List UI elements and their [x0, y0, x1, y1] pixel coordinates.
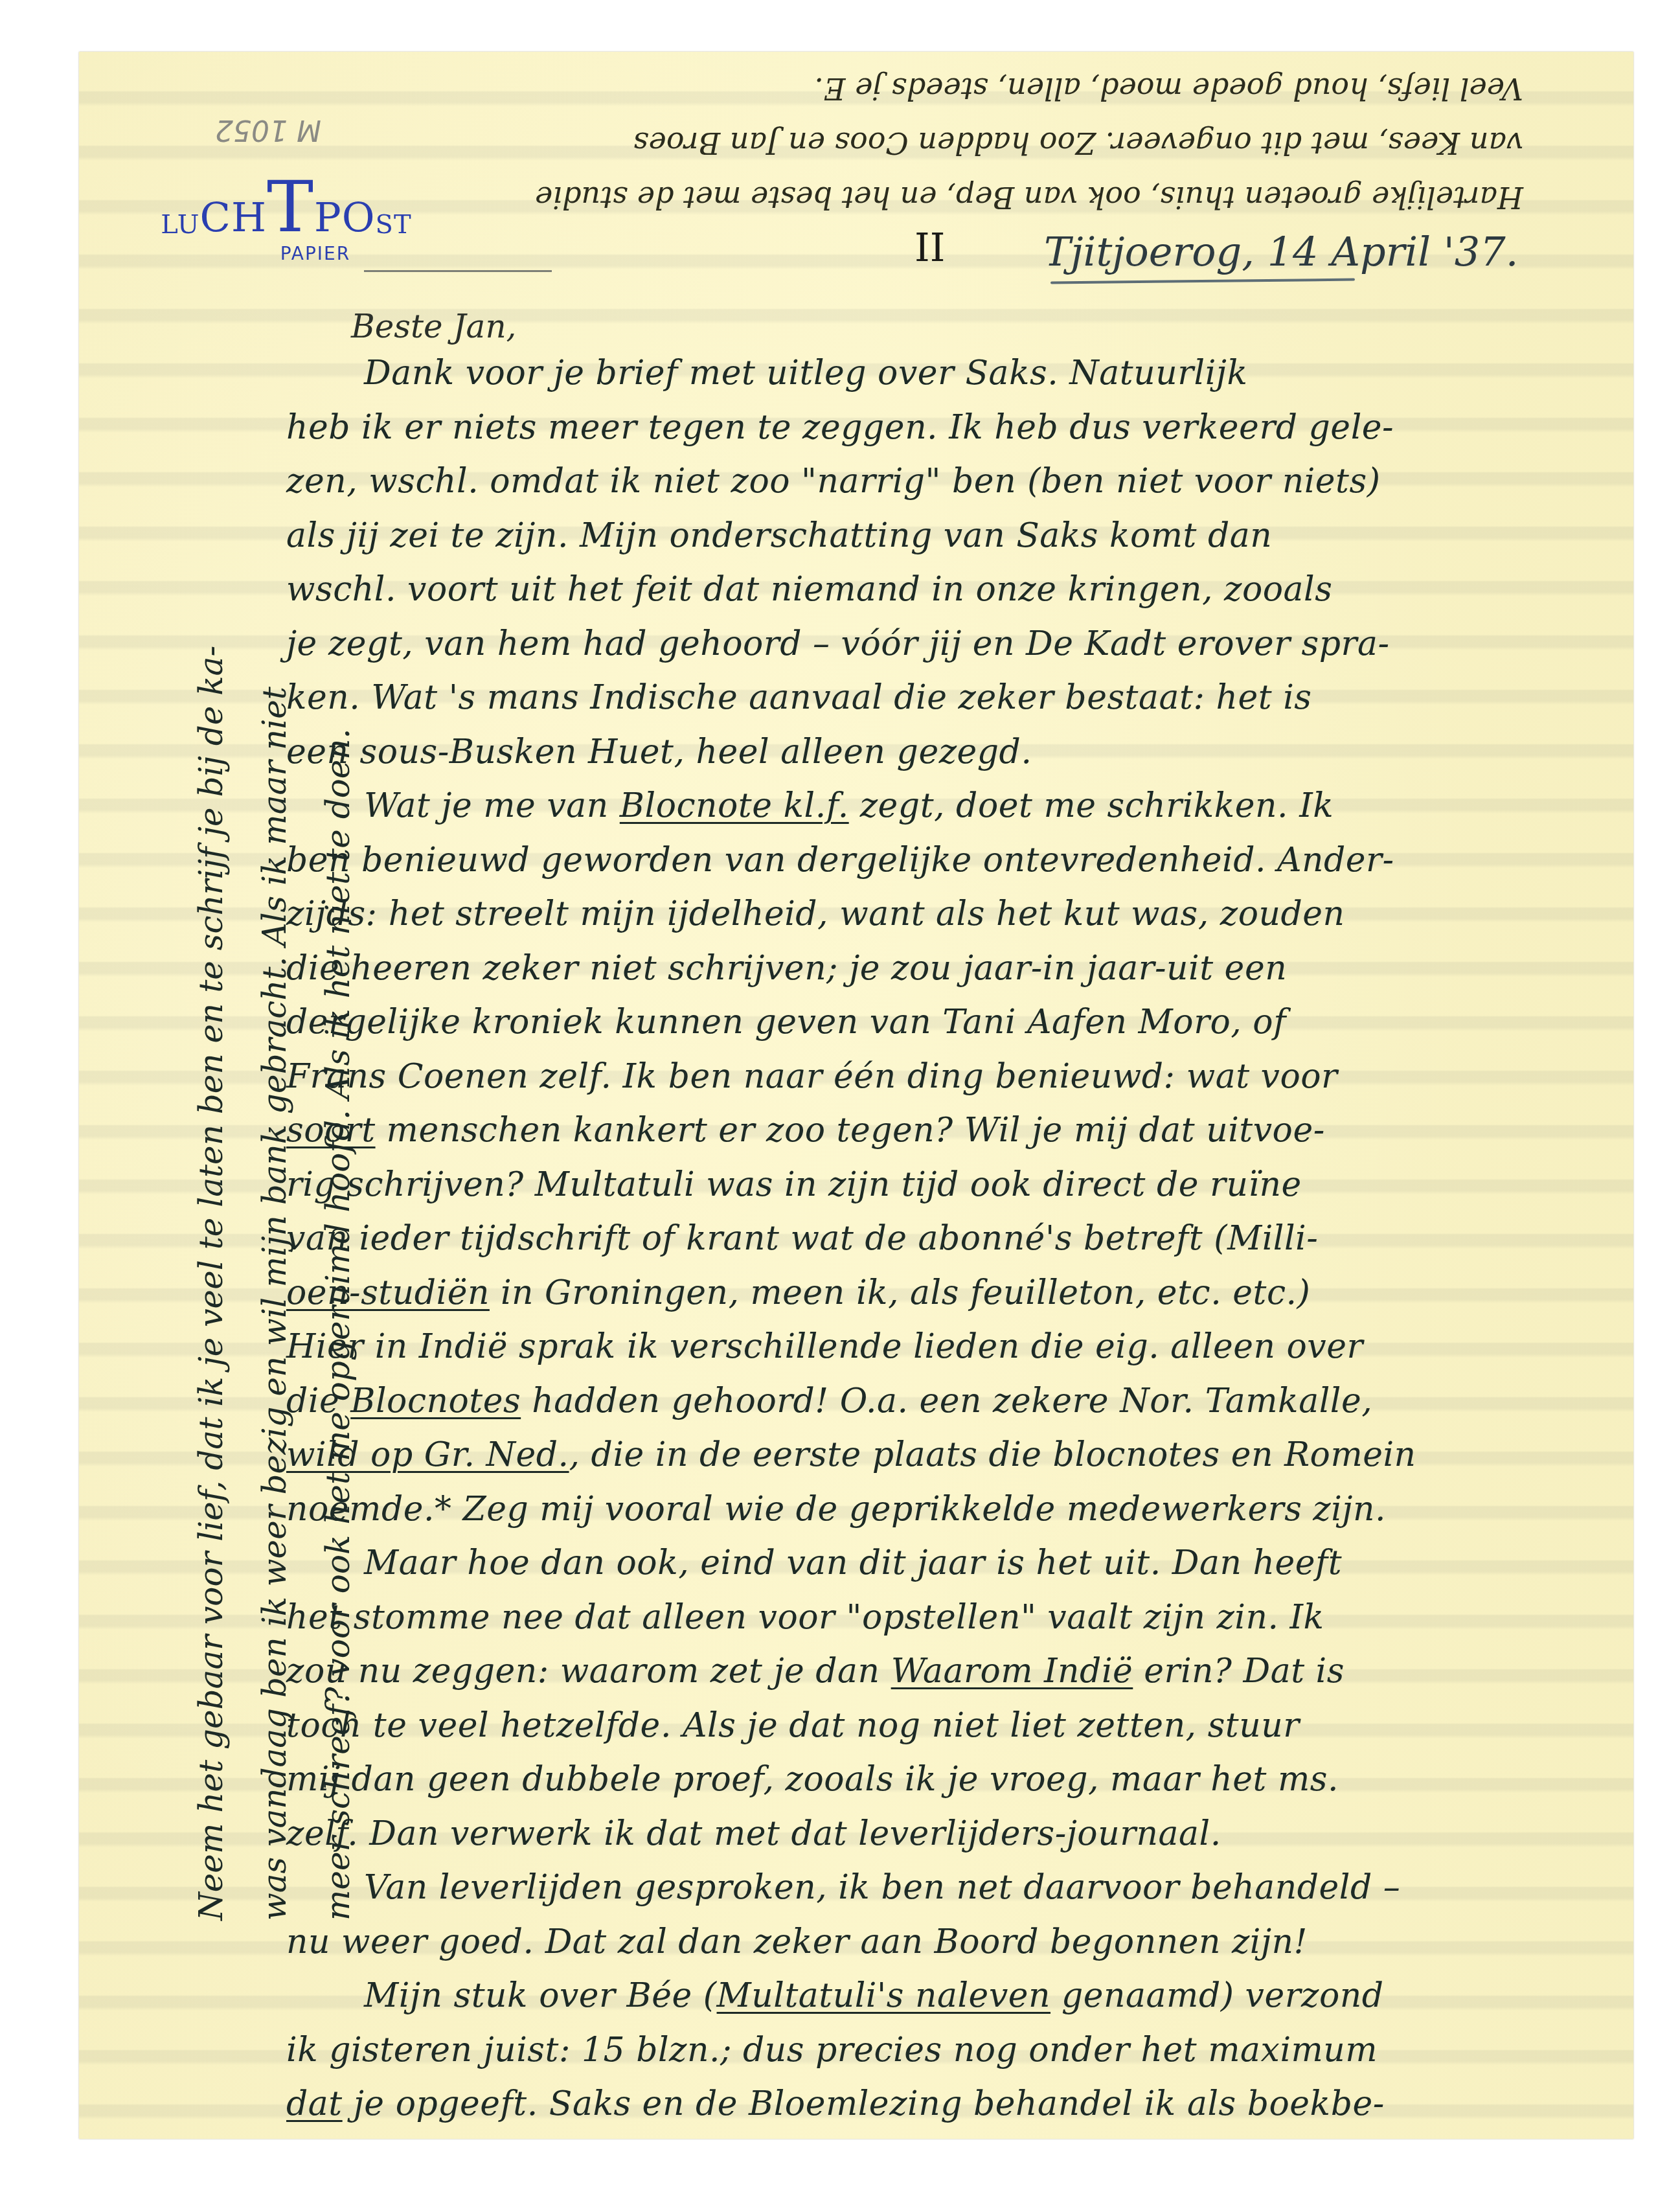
letterhead-brand: LU C H T P O S T: [105, 178, 468, 238]
dateline: Tjitjoerog, 14 April '37.: [1044, 228, 1518, 275]
letter-line: een sous-Busken Huet, heel alleen gezegd…: [286, 725, 1633, 780]
brand-part: S: [376, 212, 394, 238]
brand-part: LU: [161, 212, 199, 238]
letter-line: Van leverlijden gesproken, ik ben net da…: [286, 1861, 1633, 1915]
letter-line: wschl. voort uit het feit dat niemand in…: [286, 563, 1633, 617]
brand-part: T: [267, 178, 314, 238]
letter-line: Frans Coenen zelf. Ik ben naar één ding …: [286, 1050, 1633, 1104]
letter-body: Dank voor je brief met uitleg over Saks.…: [286, 347, 1633, 2132]
letter-line: noemde.* Zeg mij vooral wie de geprikkel…: [286, 1483, 1633, 1537]
letter-line: zijds: het streelt mijn ijdelheid, want …: [286, 887, 1633, 942]
salutation: Beste Jan,: [351, 308, 517, 345]
brand-part: C: [199, 198, 231, 238]
letter-line: Maar hoe dan ook, eind van dit jaar is h…: [286, 1536, 1633, 1591]
decorative-rule: [364, 270, 552, 272]
letter-line: ik gisteren juist: 15 blzn.; dus precies…: [286, 2024, 1633, 2078]
brand-part: O: [342, 198, 376, 238]
brand-part: T: [394, 212, 412, 238]
letter-sheet: M 1052 Hartelijke groeten thuis, ook van…: [79, 52, 1633, 2139]
letter-line: het stomme nee dat alleen voor "opstelle…: [286, 1591, 1633, 1645]
letter-line: mij dan geen dubbele proef, zooals ik je…: [286, 1753, 1633, 1807]
brand-part: P: [314, 198, 342, 238]
page-numeral: II: [914, 225, 945, 271]
underlined-phrase: Waarom Indië: [891, 1652, 1133, 1691]
letter-line: Wat je me van Blocnote kl.f. zegt, doet …: [286, 779, 1633, 834]
margin-note-line: meer schreef? voor ook het me opgeruimd …: [306, 334, 370, 1921]
letter-line: nu weer goed. Dat zal dan zeker aan Boor…: [286, 1915, 1633, 1970]
letter-line: wild op Gr. Ned., die in de eerste plaat…: [286, 1428, 1633, 1483]
letter-line: die heeren zeker niet schrijven; je zou …: [286, 942, 1633, 996]
dateline-underline: [1050, 279, 1355, 284]
letter-line: als jij zei te zijn. Mijn onderschatting…: [286, 509, 1633, 564]
letter-line: heb ik er niets meer tegen te zeggen. Ik…: [286, 401, 1633, 455]
letter-line: je zegt, van hem had gehoord – vóór jij …: [286, 617, 1633, 672]
letter-line: zelf. Dan verwerk ik dat met dat leverli…: [286, 1807, 1633, 1862]
margin-note-line: Neem het gebaar voor lief, dat ik je vee…: [179, 334, 243, 1921]
vertical-margin-note: Neem het gebaar voor lief, dat ik je vee…: [179, 334, 370, 1921]
letter-line: oen-studiën in Groningen, meen ik, als f…: [286, 1266, 1633, 1321]
letter-line: zen, wschl. omdat ik niet zoo "narrig" b…: [286, 455, 1633, 509]
underlined-phrase: Blocnotes: [350, 1382, 521, 1420]
underlined-phrase: Multatuli's naleven: [717, 1976, 1050, 2015]
letter-line: dat je opgeeft. Saks en de Bloemlezing b…: [286, 2077, 1633, 2132]
letter-line: ken. Wat 's mans Indische aanvaal die ze…: [286, 671, 1633, 725]
letter-line: van ieder tijdschrift of krant wat de ab…: [286, 1212, 1633, 1266]
underlined-phrase: dat: [286, 2084, 343, 2123]
brand-part: H: [231, 198, 267, 238]
letter-line: Hier in Indië sprak ik verschillende lie…: [286, 1320, 1633, 1374]
postscript-line: van Kees, met dit ongeveer. Zoo hadden C…: [241, 116, 1523, 170]
letter-line: dergelijke kroniek kunnen geven van Tani…: [286, 996, 1633, 1050]
postscript-line: Veel liefs, houd goede moed, allen, stee…: [241, 62, 1523, 116]
letterhead-subtitle: PAPIER: [163, 243, 468, 264]
letter-line: zou nu zeggen: waarom zet je dan Waarom …: [286, 1645, 1633, 1699]
margin-note-line: was vandaag ben ik weer bezig en wil mij…: [243, 334, 306, 1921]
letter-line: ben benieuwd geworden van dergelijke ont…: [286, 834, 1633, 888]
footnote: * Hij zei tegen Bep: "Ik wou dat dat eeu…: [283, 2136, 1459, 2139]
letter-line: rig schrijven? Multatuli was in zijn tij…: [286, 1158, 1633, 1213]
letter-line: Dank voor je brief met uitleg over Saks.…: [286, 347, 1633, 401]
underlined-phrase: Blocnote kl.f.: [620, 786, 849, 825]
letter-line: toch te veel hetzelfde. Als je dat nog n…: [286, 1699, 1633, 1753]
letter-line: soort menschen kankert er zoo tegen? Wil…: [286, 1104, 1633, 1158]
letter-line: Mijn stuk over Bée (Multatuli's naleven …: [286, 1969, 1633, 2024]
letter-line: die Blocnotes hadden gehoord! O.a. een z…: [286, 1374, 1633, 1429]
letterhead: LU C H T P O S T PAPIER: [105, 178, 468, 264]
